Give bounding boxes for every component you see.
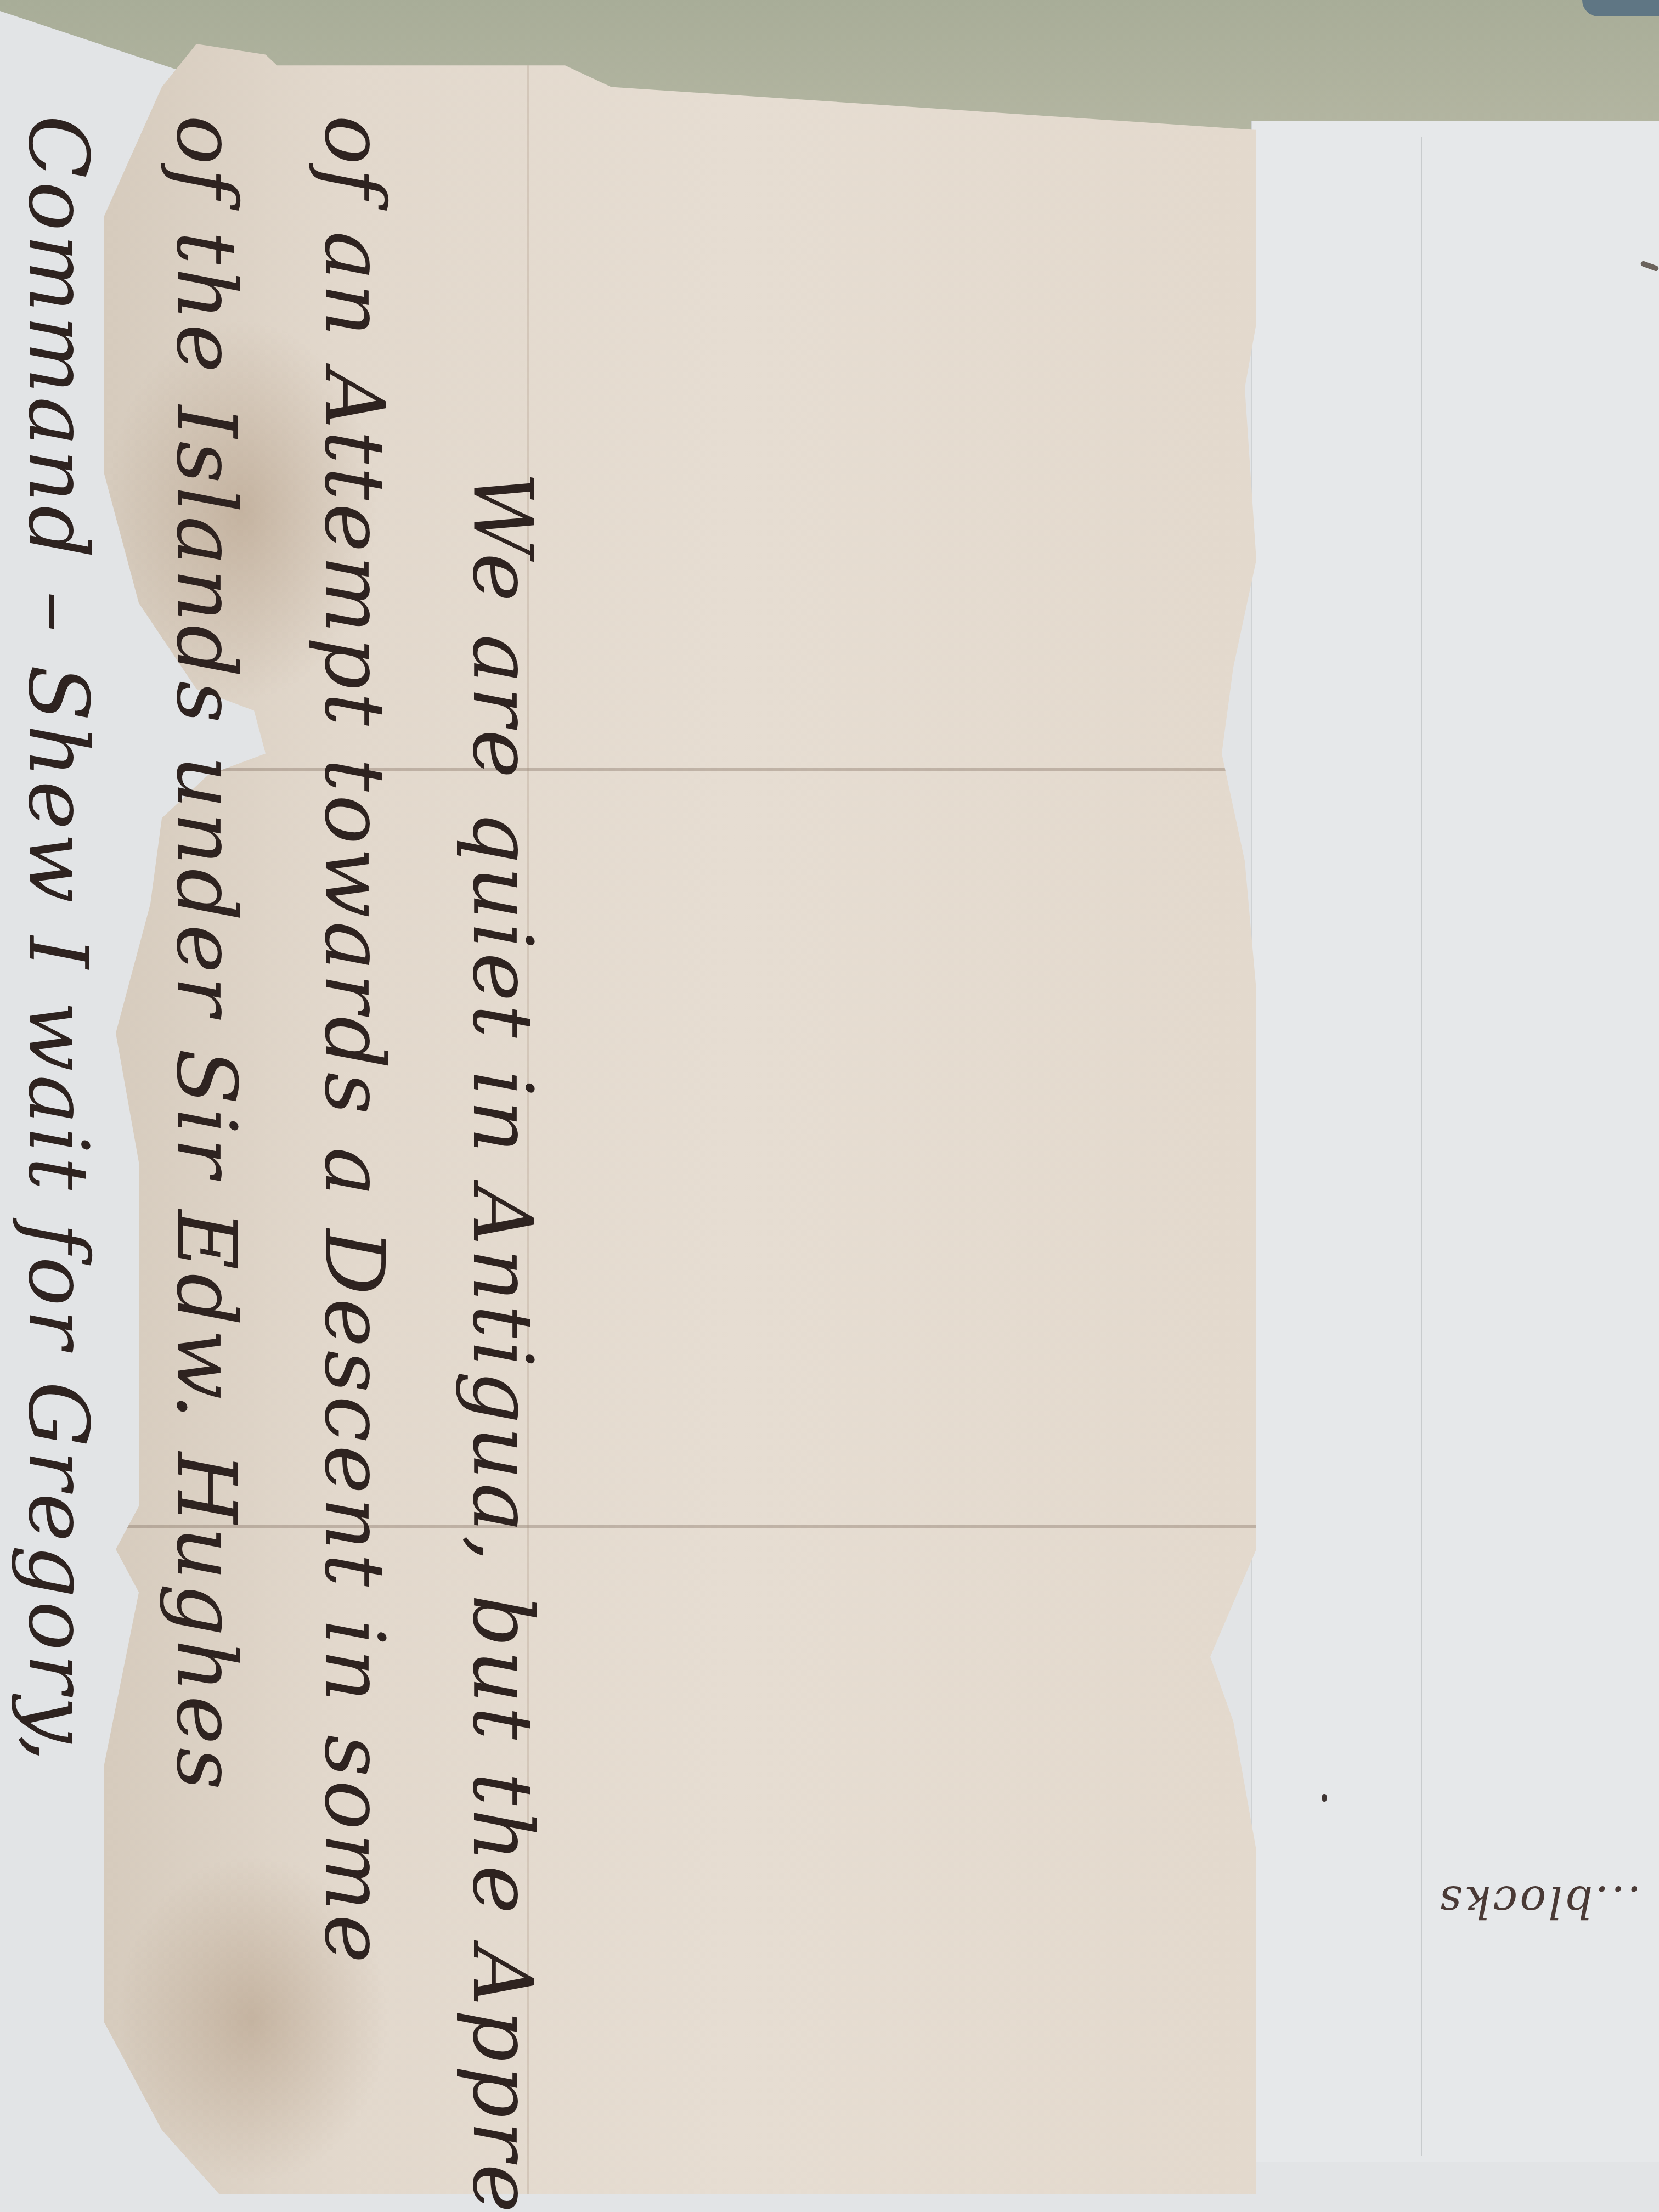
- letter-line: of the Islands under Sir Edw. Hughes: [132, 115, 280, 2090]
- letter-line: Command – Shew I wait for Gregory,: [0, 115, 132, 2090]
- mount-sheet-right-panel: [1251, 121, 1659, 2162]
- mount-handwriting-fragment: ...blocks: [1437, 1876, 1641, 1927]
- background-folder-corner: [1582, 0, 1659, 16]
- letter-body: We are quiet in Antigua, but the Apprehe…: [0, 115, 576, 2090]
- mount-fold-line: [1421, 137, 1422, 2156]
- letter-line: We are quiet in Antigua, but the Apprehe…: [428, 115, 576, 2090]
- letter-line: of an Attempt towards a Descent in some: [280, 115, 428, 2090]
- ink-dot: [1322, 1794, 1327, 1802]
